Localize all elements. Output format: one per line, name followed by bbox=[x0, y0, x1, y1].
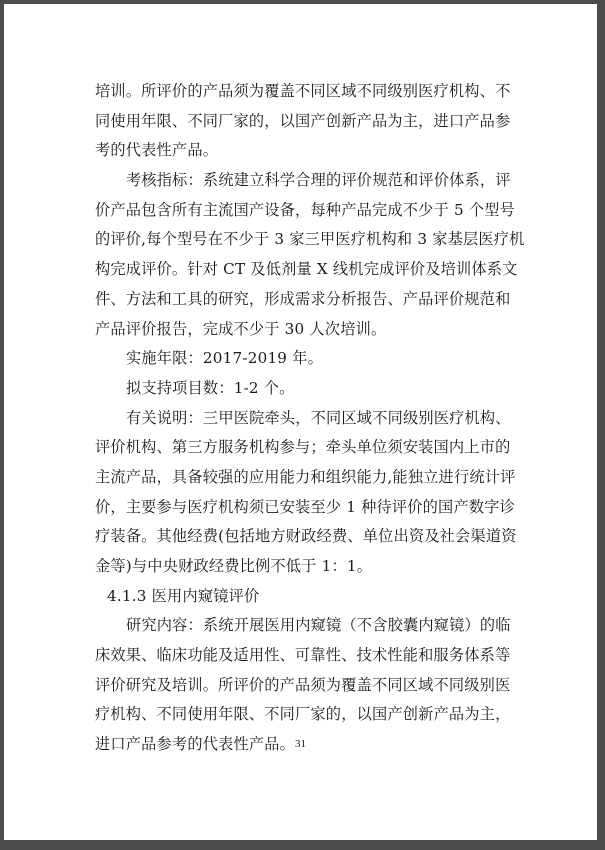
paragraph-implementation-period: 实施年限：2017-2019 年。 bbox=[95, 344, 515, 374]
text-line: 产品评价报告，完成不少于 30 人次培训。 bbox=[95, 315, 515, 345]
text-line: 构完成评价。针对 CT 及低剂量 X 线机完成评价及培训体系文 bbox=[95, 255, 515, 285]
text-line: 疗机构、不同使用年限、不同厂家的，以国产创新产品为主， bbox=[95, 700, 515, 730]
text-line: 价，主要参与医疗机构须已安装至少 1 种待评价的国产数字诊 bbox=[95, 493, 515, 523]
text-line: 拟支持项目数：1-2 个。 bbox=[95, 374, 515, 404]
text-line: 疗装备。其他经费(包括地方财政经费、单位出资及社会渠道资 bbox=[95, 522, 515, 552]
text-line: 研究内容：系统开展医用内窥镜（不含胶囊内窥镜）的临 bbox=[95, 611, 515, 641]
text-line: 的评价,每个型号在不少于 3 家三甲医疗机构和 3 家基层医疗机 bbox=[95, 225, 515, 255]
text-line: 有关说明：三甲医院牵头，不同区域不同级别医疗机构、 bbox=[95, 404, 515, 434]
page-number: 31 bbox=[4, 738, 597, 750]
paragraph-continuation: 培训。所评价的产品须为覆盖不同区域不同级别医疗机构、不 同使用年限、不同厂家的，… bbox=[95, 77, 515, 166]
text-line: 评价机构、第三方服务机构参与；牵头单位须安装国内上市的 bbox=[95, 433, 515, 463]
document-page: 培训。所评价的产品须为覆盖不同区域不同级别医疗机构、不 同使用年限、不同厂家的，… bbox=[4, 4, 597, 840]
text-line: 件、方法和工具的研究，形成需求分析报告、产品评价规范和 bbox=[95, 285, 515, 315]
text-line: 培训。所评价的产品须为覆盖不同区域不同级别医疗机构、不 bbox=[95, 77, 515, 107]
text-line: 考核指标：系统建立科学合理的评价规范和评价体系，评 bbox=[95, 166, 515, 196]
section-heading: 4.1.3 医用内窥镜评价 bbox=[95, 582, 515, 612]
paragraph-project-count: 拟支持项目数：1-2 个。 bbox=[95, 374, 515, 404]
text-line: 同使用年限、不同厂家的，以国产创新产品为主，进口产品参 bbox=[95, 107, 515, 137]
page-body: 培训。所评价的产品须为覆盖不同区域不同级别医疗机构、不 同使用年限、不同厂家的，… bbox=[95, 77, 515, 760]
paragraph-notes: 有关说明：三甲医院牵头，不同区域不同级别医疗机构、 评价机构、第三方服务机构参与… bbox=[95, 404, 515, 582]
heading-text: 4.1.3 医用内窥镜评价 bbox=[95, 582, 515, 612]
text-line: 主流产品，具备较强的应用能力和组织能力,能独立进行统计评 bbox=[95, 463, 515, 493]
text-line: 床效果、临床功能及适用性、可靠性、技术性能和服务体系等 bbox=[95, 641, 515, 671]
text-line: 实施年限：2017-2019 年。 bbox=[95, 344, 515, 374]
paragraph-assessment-indicators: 考核指标：系统建立科学合理的评价规范和评价体系，评 价产品包含所有主流国产设备，… bbox=[95, 166, 515, 344]
text-line: 评价研究及培训。所评价的产品须为覆盖不同区域不同级别医 bbox=[95, 671, 515, 701]
text-line: 价产品包含所有主流国产设备，每种产品完成不少于 5 个型号 bbox=[95, 196, 515, 226]
text-line: 考的代表性产品。 bbox=[95, 136, 515, 166]
text-line: 金等)与中央财政经费比例不低于 1：1。 bbox=[95, 552, 515, 582]
